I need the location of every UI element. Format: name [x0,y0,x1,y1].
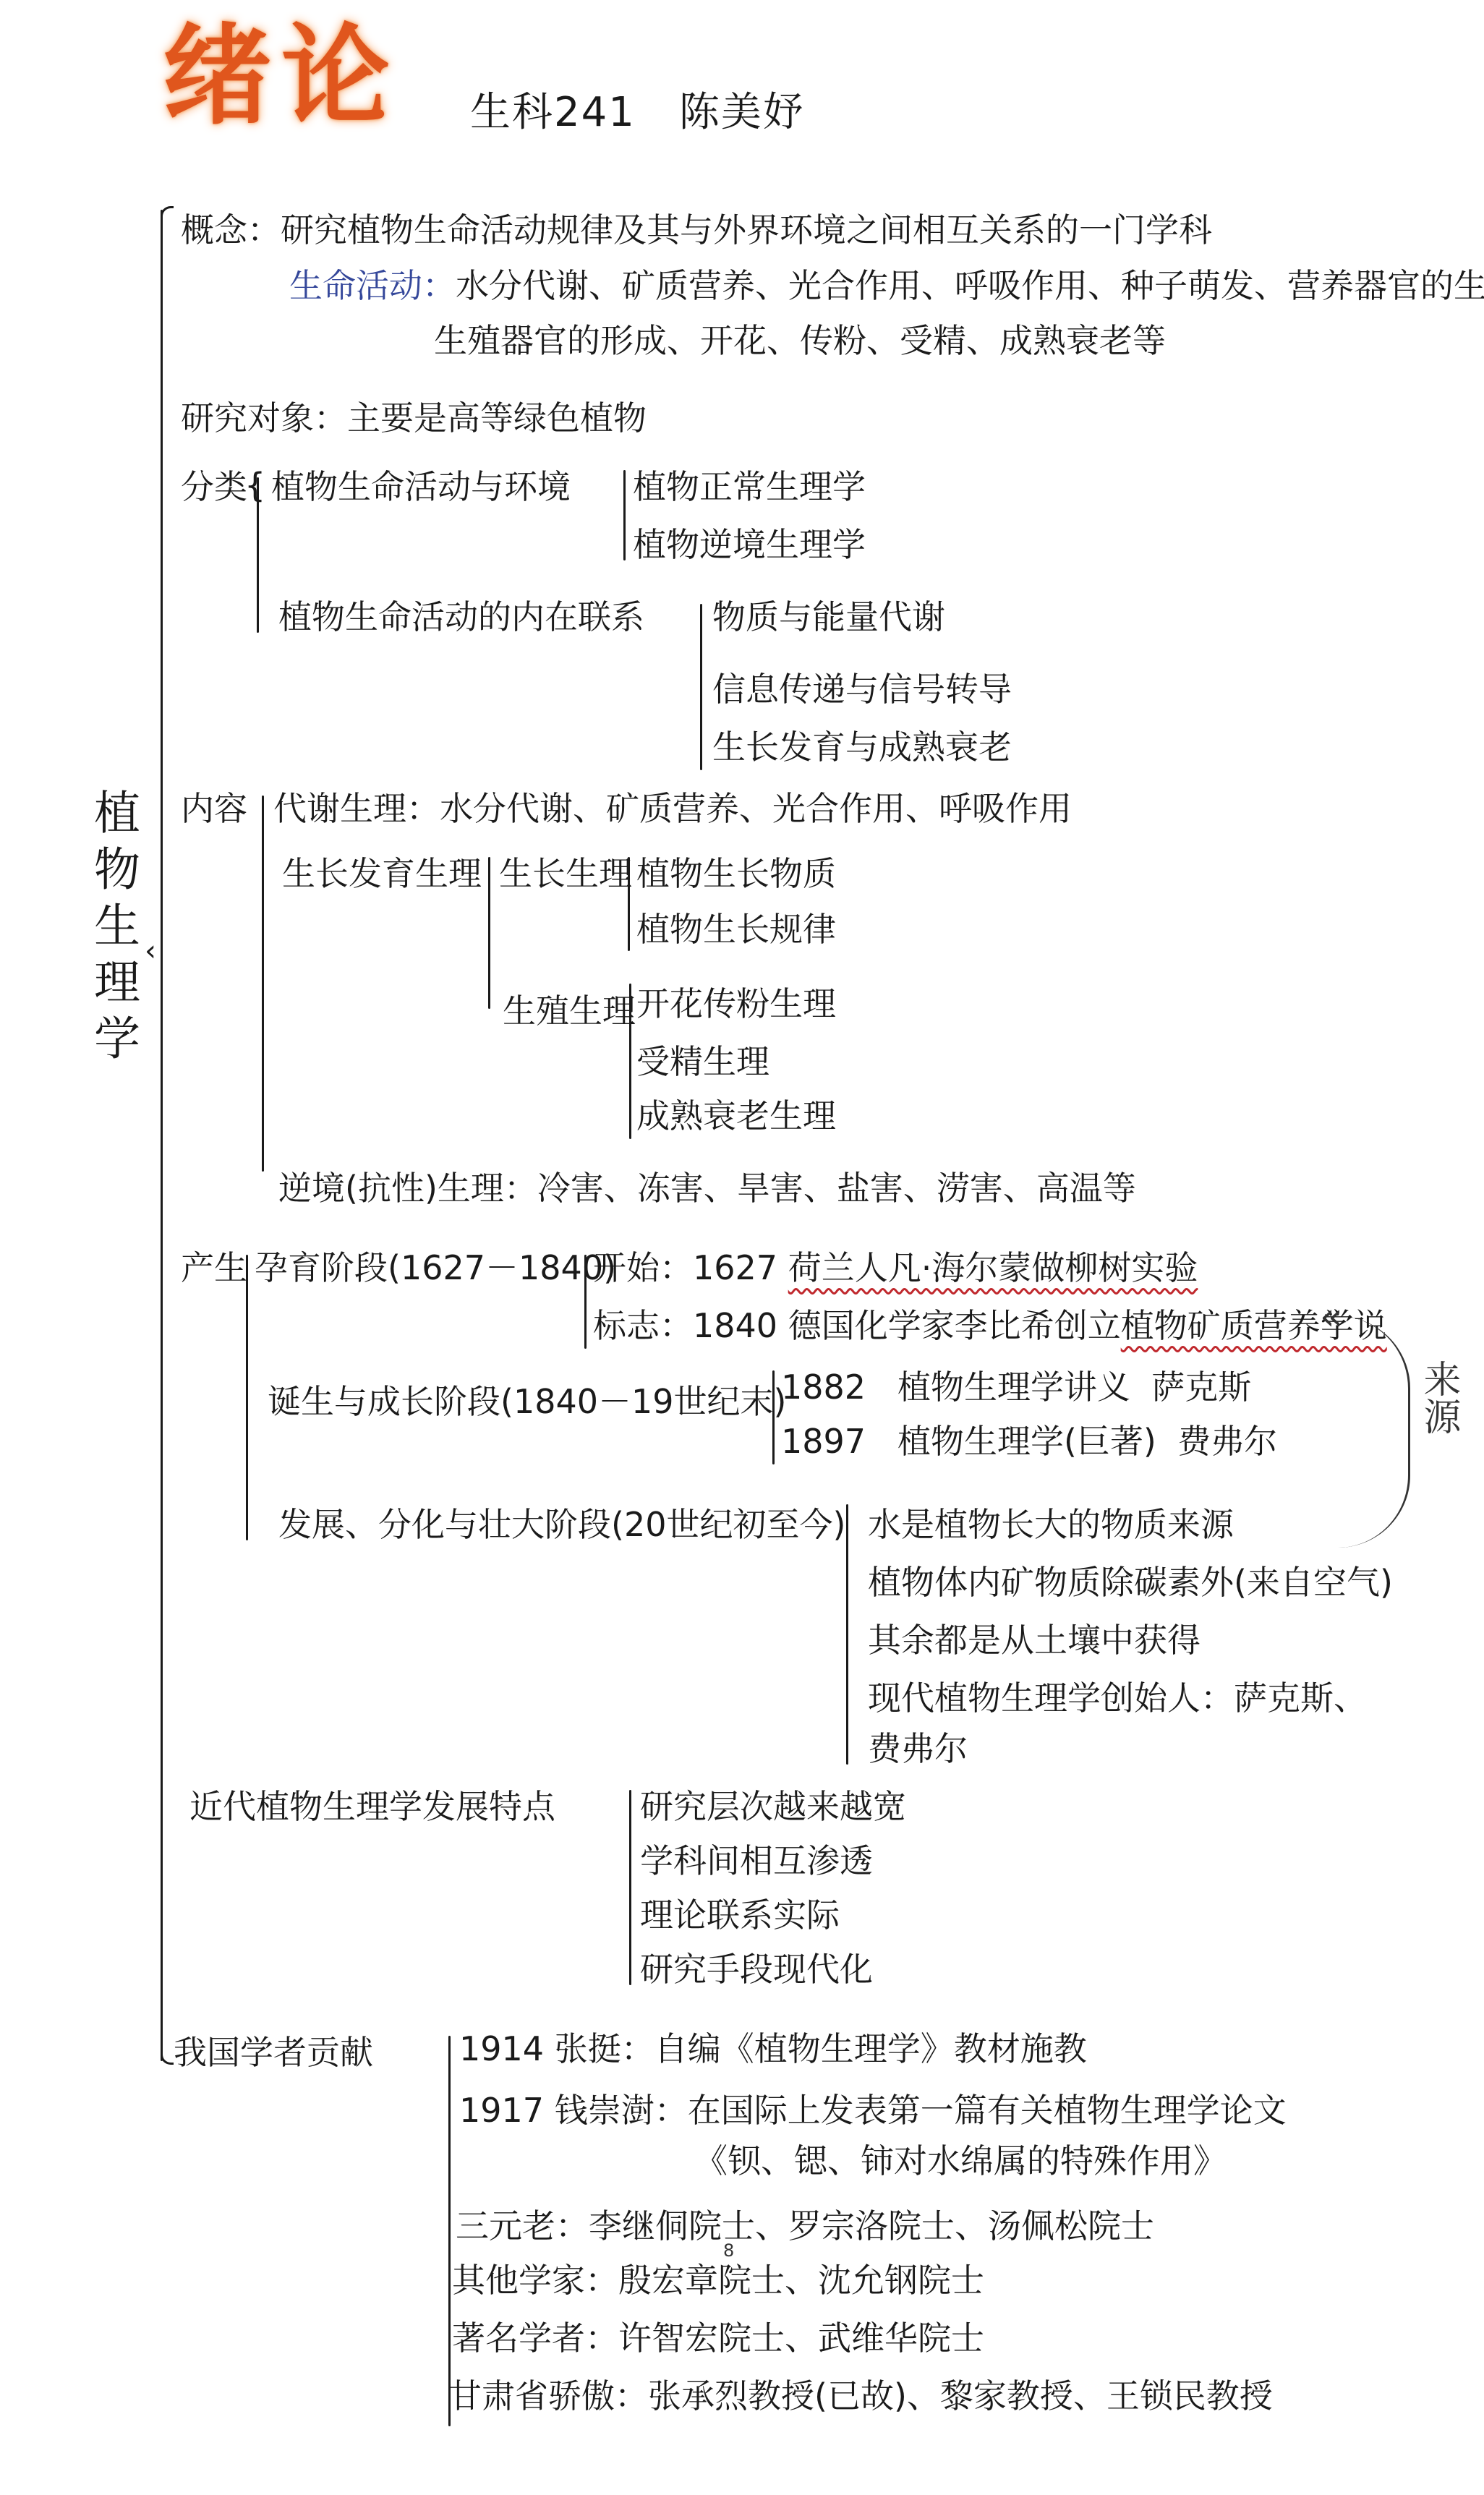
source-arc [1323,1316,1410,1548]
stage1-item-2: 标志：1840 德国化学家李比希创立植物矿质营养学说 [593,1309,1387,1342]
concept-definition: 研究植物生命活动规律及其与外界环境之间相互关系的一门学科 [281,210,1212,249]
growth-dev-bracket [488,857,490,1009]
stage1-item-1-prefix: 开始：1627 [593,1248,777,1287]
stage2-item-2-person: 费弗尔 [1177,1422,1277,1461]
author-name: 陈美妤 [679,89,805,136]
scholars-label: 我国学者贡献 [174,2036,373,2069]
origin-bracket [246,1255,248,1540]
stage3-bracket [846,1504,848,1765]
stage2-item-1: 1882 植物生理学讲义 萨克斯 [781,1370,1251,1404]
stage-2-label: 诞生与成长阶段(1840－19世纪末) [268,1385,787,1418]
scholars-bracket [448,2036,451,2426]
stage3-item-3: 其余都是从土壤中获得 [868,1624,1201,1657]
life-activity-line1: 水分代谢、矿质营养、光合作用、呼吸作用、种子萌发、营养器官的生长、 [456,266,1484,305]
branch2-bracket [700,604,702,770]
root-topic: 植物生理学 [78,788,136,1070]
stage2-item-1-person: 萨克斯 [1151,1368,1251,1407]
brace: { [244,469,265,502]
content-label: 内容 [181,792,247,825]
stage2-bracket [772,1370,775,1464]
main-bracket-bottom [161,2050,174,2065]
reproduction-physiology-label: 生殖生理 [503,994,636,1028]
growth-physiology-label: 生长生理 [499,857,632,890]
scholar-item-4: 三元老：李继侗院士、罗宗洛院士、汤佩松院士 [456,2209,1154,2243]
classification-branch-1: 植物生命活动与环境 [271,470,571,503]
stage2-item-2-year: 1897 [781,1422,866,1461]
modern-features-label: 近代植物生理学发展特点 [189,1790,555,1823]
branch2-item-3: 生长发育与成熟衰老 [712,730,1012,764]
stage2-item-2: 1897 植物生理学(巨著) 费弗尔 [781,1425,1277,1458]
stage3-item-5: 费弗尔 [868,1732,968,1765]
page-number: 8 [723,2242,734,2259]
scholar-item-7: 甘肃省骄傲：张承烈教授(已故)、黎家教授、王锁民教授 [448,2379,1273,2413]
life-activity-row: 生命活动：水分代谢、矿质营养、光合作用、呼吸作用、种子萌发、营养器官的生长、 [289,269,1484,302]
stage1-item-1-text: 荷兰人凡·海尔蒙做柳树实验 [788,1248,1198,1287]
branch2-item-1: 物质与能量代谢 [712,600,945,634]
scholar-item-6: 著名学者：许智宏院士、武维华院士 [452,2321,984,2355]
reproduction-bracket [629,984,631,1139]
scholar-item-1: 1914 张挺：自编《植物生理学》教材施教 [459,2032,1087,2065]
stage2-item-1-year: 1882 [781,1368,866,1407]
main-bracket-top [161,206,174,221]
modern-features-bracket [629,1790,631,1985]
stage1-item-2-prefix: 标志：1840 [593,1306,777,1345]
branch1-item-2: 植物逆境生理学 [633,528,866,561]
growth-item-1: 植物生长物质 [636,857,836,890]
class-label: 生科241 [470,89,636,136]
stage3-item-2: 植物体内矿物质除碳素外(来自空气) [868,1566,1393,1599]
branch1-item-1: 植物正常生理学 [633,470,866,503]
stage2-item-1-text: 植物生理学讲义 [897,1368,1130,1407]
source-annotation: 来源 [1414,1360,1457,1435]
reproduction-item-2: 受精生理 [636,1045,769,1078]
scholar-item-2: 1917 钱崇澍：在国际上发表第一篇有关植物生理学论文 [459,2094,1287,2127]
stage-3-label: 发展、分化与壮大阶段(20世纪初至今) [278,1508,845,1541]
branch1-bracket [623,470,626,560]
branch2-item-2: 信息传递与信号转导 [712,673,1012,706]
classification-branch-2: 植物生命活动的内在联系 [278,600,644,634]
stage1-item-1: 开始：1627 荷兰人凡·海尔蒙做柳树实验 [593,1251,1198,1284]
stage3-item-1: 水是植物长大的物质来源 [868,1508,1234,1541]
modern-feature-4: 研究手段现代化 [640,1953,873,1986]
metabolism-physiology: 代谢生理：水分代谢、矿质营养、光合作用、呼吸作用 [273,792,1072,825]
life-activity-label: 生命活动： [289,266,456,305]
research-object: 研究对象：主要是高等绿色植物 [181,401,647,435]
page-title: 绪论 [163,22,400,130]
scholar-item-3: 《钡、锶、铈对水绵属的特殊作用》 [694,2144,1227,2178]
scholar-item-5: 其他学家：殷宏章院士、沈允钢院士 [452,2264,984,2297]
concept-label: 概念： [181,210,281,249]
stage2-item-2-text: 植物生理学(巨著) [897,1422,1156,1461]
modern-feature-1: 研究层次越来越宽 [640,1790,906,1823]
reproduction-item-3: 成熟衰老生理 [636,1099,836,1133]
byline: 生科241陈美妤 [470,93,805,133]
life-activity-line2: 生殖器官的形成、开花、传粉、受精、成熟衰老等 [434,324,1166,357]
reproduction-item-1: 开花传粉生理 [636,987,836,1020]
stage-1-label: 孕育阶段(1627－1840) [255,1251,616,1284]
origin-label: 产生 [181,1251,247,1284]
concept-row: 概念：研究植物生命活动规律及其与外界环境之间相互关系的一门学科 [181,213,1212,247]
growth-dev-label: 生长发育生理 [282,857,482,890]
modern-feature-2: 学科间相互渗透 [640,1844,873,1877]
stage1-item-2-text: 德国化学家李比希创立 [788,1306,1121,1345]
growth-item-2: 植物生长规律 [636,913,836,946]
stress-physiology: 逆境(抗性)生理：冷害、冻害、旱害、盐害、涝害、高温等 [278,1172,1136,1205]
content-bracket [262,796,264,1172]
stage1-bracket [584,1255,587,1349]
classification-label: 分类 [181,470,247,503]
main-bracket-spine [161,210,163,2061]
stage3-item-4: 现代植物生理学创始人：萨克斯、 [868,1681,1367,1715]
modern-feature-3: 理论联系实际 [640,1898,840,1932]
growth-bracket [628,857,630,951]
main-bracket-point: ‹ [145,937,156,965]
